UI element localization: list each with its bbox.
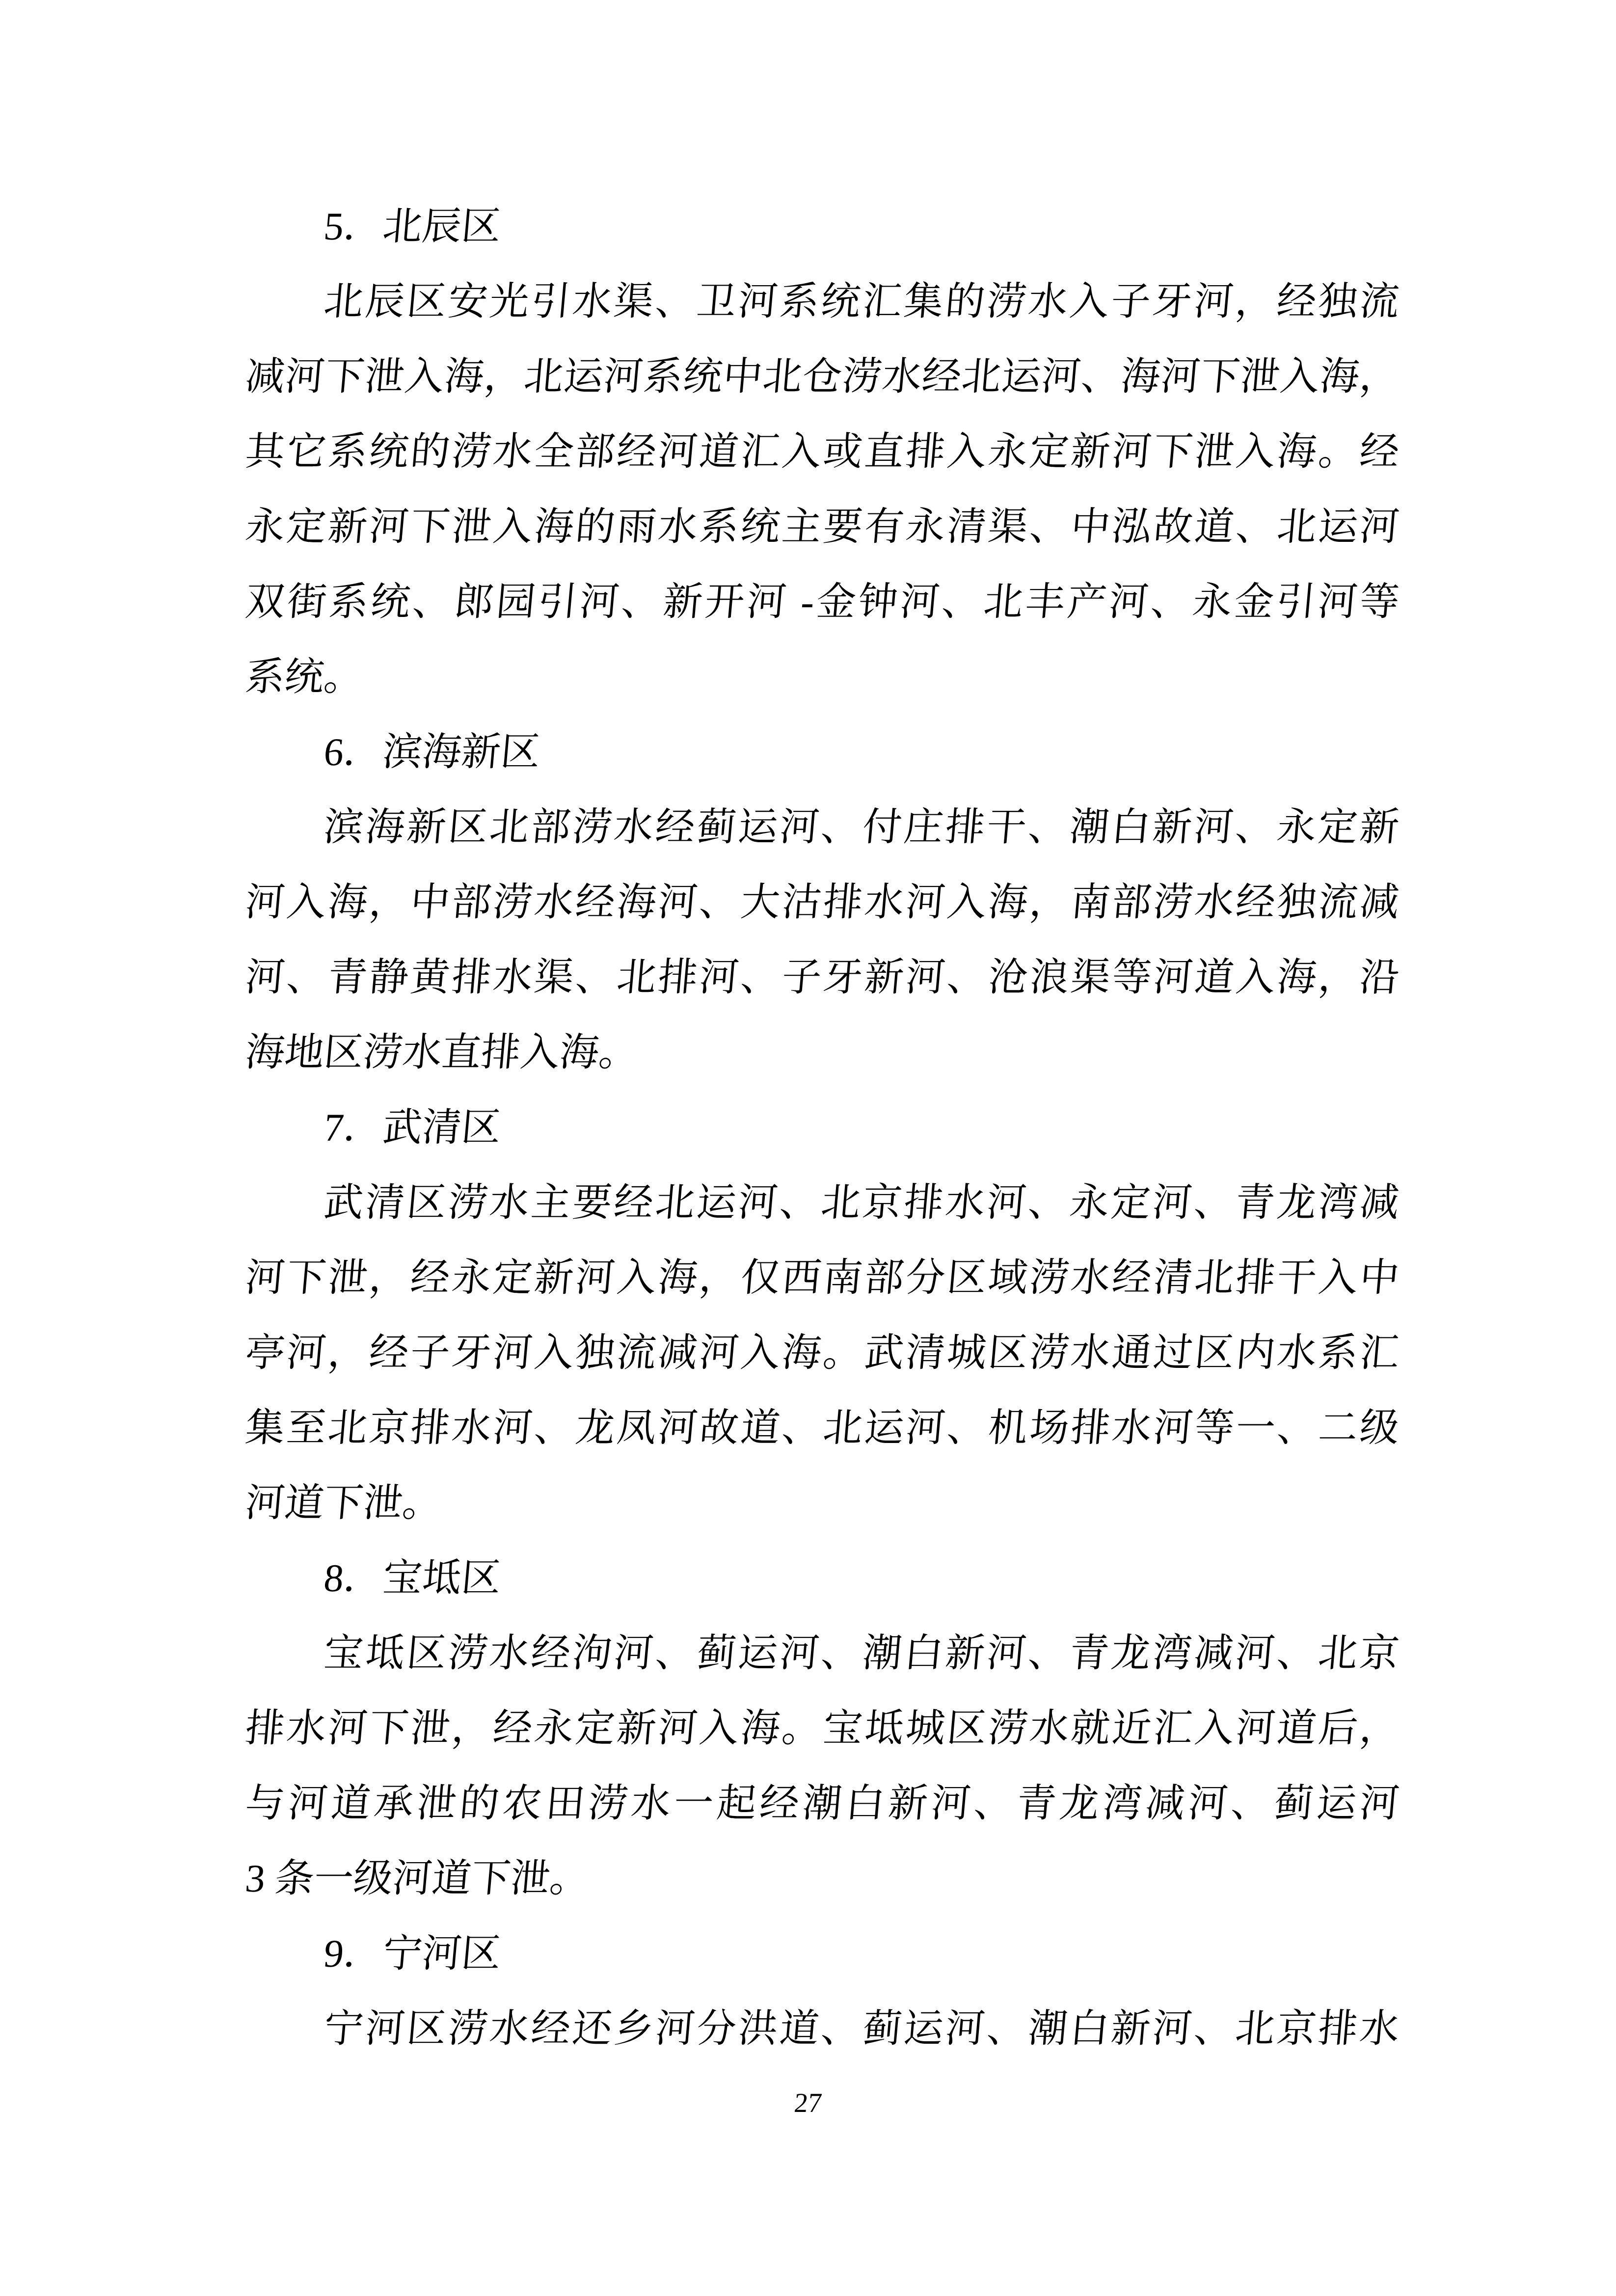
section-heading: 6．滨海新区 [242,715,1402,790]
page-footer: 27 [0,2088,1616,2118]
section-wuqing: 7．武清区 武清区涝水主要经北运河、北京排水河、永定河、青龙湾减 河下泄，经永定… [245,1091,1399,1541]
paragraph-line: 河道下泄。 [242,1466,1402,1541]
paragraph-line: 其它系统的涝水全部经河道汇入或直排入永定新河下泄入海。经 [242,415,1402,490]
paragraph-line: 北辰区安光引水渠、卫河系统汇集的涝水入子牙河，经独流 [242,265,1402,340]
page-number: 27 [793,2088,823,2118]
section-heading: 5．北辰区 [242,189,1402,265]
section-heading: 8．宝坻区 [242,1541,1402,1616]
paragraph-line: 河入海，中部涝水经海河、大沽排水河入海，南部涝水经独流减 [242,865,1402,940]
paragraph-line: 宁河区涝水经还乡河分洪道、蓟运河、潮白新河、北京排水 [242,1992,1402,2067]
document-page: 5．北辰区 北辰区安光引水渠、卫河系统汇集的涝水入子牙河，经独流 减河下泄入海，… [0,0,1616,2296]
paragraph-line: 河、青静黄排水渠、北排河、子牙新河、沧浪渠等河道入海，沿 [242,940,1402,1015]
paragraph-line: 宝坻区涝水经泃河、蓟运河、潮白新河、青龙湾减河、北京 [242,1616,1402,1691]
section-ninghe: 9．宁河区 宁河区涝水经还乡河分洪道、蓟运河、潮白新河、北京排水 [245,1917,1399,2067]
paragraph-line: 武清区涝水主要经北运河、北京排水河、永定河、青龙湾减 [242,1166,1402,1241]
paragraph-line: 滨海新区北部涝水经蓟运河、付庄排干、潮白新河、永定新 [242,790,1402,865]
section-binhai: 6．滨海新区 滨海新区北部涝水经蓟运河、付庄排干、潮白新河、永定新 河入海，中部… [245,715,1399,1091]
paragraph-line: 双街系统、郎园引河、新开河 -金钟河、北丰产河、永金引河等 [242,565,1402,640]
paragraph-line: 减河下泄入海，北运河系统中北仓涝水经北运河、海河下泄入海， [242,340,1402,415]
document-body: 5．北辰区 北辰区安光引水渠、卫河系统汇集的涝水入子牙河，经独流 减河下泄入海，… [245,189,1399,2067]
section-heading: 7．武清区 [242,1091,1402,1166]
paragraph-line: 排水河下泄，经永定新河入海。宝坻城区涝水就近汇入河道后， [242,1691,1402,1766]
paragraph-line: 海地区涝水直排入海。 [242,1015,1402,1091]
section-heading: 9．宁河区 [242,1917,1402,1992]
paragraph-line: 河下泄，经永定新河入海，仅西南部分区域涝水经清北排干入中 [242,1241,1402,1316]
section-baodi: 8．宝坻区 宝坻区涝水经泃河、蓟运河、潮白新河、青龙湾减河、北京 排水河下泄，经… [245,1541,1399,1917]
paragraph-line: 与河道承泄的农田涝水一起经潮白新河、青龙湾减河、蓟运河 [242,1766,1402,1842]
paragraph-line: 亭河，经子牙河入独流减河入海。武清城区涝水通过区内水系汇 [242,1316,1402,1391]
paragraph-line: 永定新河下泄入海的雨水系统主要有永清渠、中泓故道、北运河 [242,490,1402,565]
section-beichen: 5．北辰区 北辰区安光引水渠、卫河系统汇集的涝水入子牙河，经独流 减河下泄入海，… [245,189,1399,715]
paragraph-line: 3 条一级河道下泄。 [242,1842,1402,1917]
paragraph-line: 系统。 [242,640,1402,715]
paragraph-line: 集至北京排水河、龙凤河故道、北运河、机场排水河等一、二级 [242,1391,1402,1466]
